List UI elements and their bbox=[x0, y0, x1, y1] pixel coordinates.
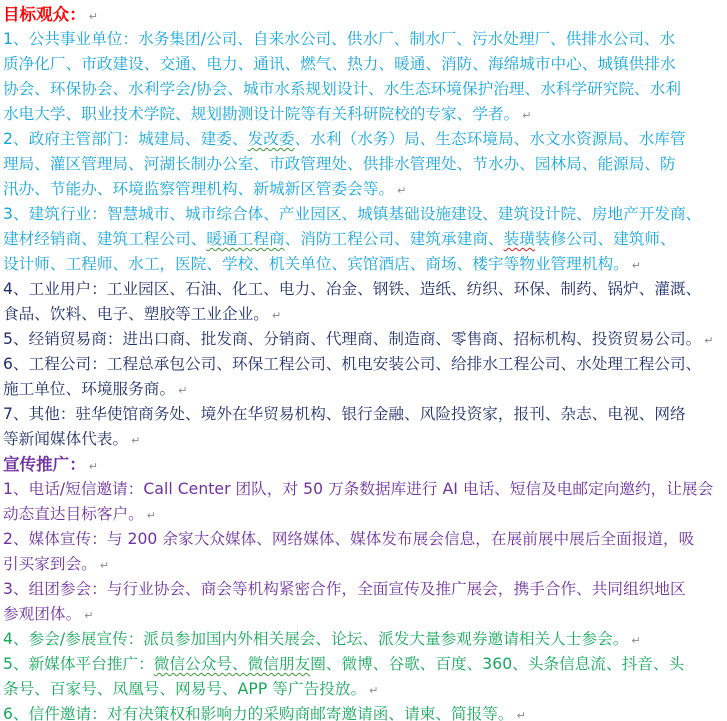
audience-item-1-line-4: 水电大学、职业技术学院、规划勘测设计院等有关科研院校的专家、学者。↵ bbox=[3, 102, 727, 127]
paragraph-mark-icon: ↵ bbox=[100, 559, 109, 572]
promotion-item-3-line-2: 参观团体。↵ bbox=[3, 602, 727, 627]
grammar-flagged-text[interactable]: 微信公众号、微信朋友 bbox=[154, 655, 310, 673]
document-page: 目标观众：↵ 1、公共事业单位：水务集团/公司、自来水公司、供水厂、制水厂、污水… bbox=[3, 2, 727, 721]
paragraph-mark-icon: ↵ bbox=[89, 10, 98, 23]
paragraph-mark-icon: ↵ bbox=[631, 634, 640, 647]
audience-item-1-line-3: 协会、环保协会、水利学会/协会、城市水系规划设计、水生态环境保护治理、水科学研究… bbox=[3, 77, 727, 102]
promotion-item-2-line-2: 引买家到会。↵ bbox=[3, 552, 727, 577]
promotion-item-1-line-1: 1、电话/短信邀请：Call Center 团队，对 50 万条数据库进行 AI… bbox=[3, 477, 727, 502]
paragraph-mark-icon: ↵ bbox=[369, 684, 378, 697]
paragraph-mark-icon: ↵ bbox=[397, 184, 406, 197]
audience-item-4-line-1: 4、工业用户：工业园区、石油、化工、电力、冶金、钢铁、造纸、纺织、环保、制药、锅… bbox=[3, 277, 727, 302]
promotion-item-1-line-2: 动态直达目标客户。↵ bbox=[3, 502, 727, 527]
audience-item-7-line-1: 7、其他：驻华使馆商务处、境外在华贸易机构、银行金融、风险投资家，报刊、杂志、电… bbox=[3, 402, 727, 427]
promotion-item-3-line-1: 3、组团参会：与行业协会、商会等机构紧密合作，全面宣传及推广展会，携手合作、共同… bbox=[3, 577, 727, 602]
promotion-item-2-line-1: 2、媒体宣传：与 200 余家大众媒体、网络媒体、媒体发布展会信息，在展前展中展… bbox=[3, 527, 727, 552]
paragraph-mark-icon: ↵ bbox=[178, 384, 187, 397]
audience-item-6-line-1: 6、工程公司：工程总承包公司、环保工程公司、机电安装公司、给排水工程公司、水处理… bbox=[3, 352, 727, 377]
paragraph-mark-icon: ↵ bbox=[272, 309, 281, 322]
audience-item-6-line-2: 施工单位、环境服务商。↵ bbox=[3, 377, 727, 402]
promotion-item-4-line-1: 4、参会/参展宣传：派员参加国内外相关展会、论坛、派发大量参观券邀请相关人士参会… bbox=[3, 627, 727, 652]
audience-item-5-line-1: 5、经销贸易商：进出口商、批发商、分销商、代理商、制造商、零售商、招标机构、投资… bbox=[3, 327, 727, 352]
audience-item-3-line-2: 建材经销商、建筑工程公司、暖通工程商、消防工程公司、建筑承建商、装璜装修公司、建… bbox=[3, 227, 727, 252]
grammar-flagged-text[interactable]: 暖通工程商 bbox=[206, 230, 284, 248]
paragraph-mark-icon: ↵ bbox=[517, 709, 526, 721]
paragraph-mark-icon: ↵ bbox=[522, 109, 531, 122]
grammar-flagged-text[interactable]: 发改委 bbox=[248, 130, 295, 148]
audience-heading-text: 目标观众： bbox=[3, 5, 86, 24]
audience-item-2-line-1: 2、政府主管部门：城建局、建委、发改委、水利（水务）局、生态环境局、水文水资源局… bbox=[3, 127, 727, 152]
audience-item-3-line-1: 3、建筑行业：智慧城市、城市综合体、产业园区、城镇基础设施建设、建筑设计院、房地… bbox=[3, 202, 727, 227]
promotion-heading-text: 宣传推广： bbox=[3, 455, 86, 474]
paragraph-mark-icon: ↵ bbox=[632, 259, 641, 272]
audience-item-2-line-2: 理局、灌区管理局、河湖长制办公室、市政管理处、供排水管理处、节水办、园林局、能源… bbox=[3, 152, 727, 177]
paragraph-mark-icon: ↵ bbox=[89, 460, 98, 473]
audience-item-4-line-2: 食品、饮料、电子、塑胶等工业企业。↵ bbox=[3, 302, 727, 327]
audience-item-2-line-3: 汛办、节能办、环境监察管理机构、新城新区管委会等。↵ bbox=[3, 177, 727, 202]
paragraph-mark-icon: ↵ bbox=[84, 609, 93, 622]
audience-item-1-line-2: 质净化厂、市政建设、交通、电力、通讯、燃气、热力、暖通、消防、海绵城市中心、城镇… bbox=[3, 52, 727, 77]
promotion-item-5-line-2: 条号、百家号、凤凰号、网易号、APP 等广告投放。↵ bbox=[3, 677, 727, 702]
audience-item-1-line-1: 1、公共事业单位：水务集团/公司、自来水公司、供水厂、制水厂、污水处理厂、供排水… bbox=[3, 27, 727, 52]
paragraph-mark-icon: ↵ bbox=[147, 509, 156, 522]
audience-item-3-line-3: 设计师、工程师、水工，医院、学校、机关单位、宾馆酒店、商场、楼宇等物业管理机构。… bbox=[3, 252, 727, 277]
paragraph-mark-icon: ↵ bbox=[704, 334, 713, 347]
promotion-item-5-line-1: 5、新媒体平台推广：微信公众号、微信朋友圈、微博、谷歌、百度、360、头条信息流… bbox=[3, 652, 727, 677]
paragraph-mark-icon: ↵ bbox=[131, 434, 140, 447]
promotion-heading: 宣传推广：↵ bbox=[3, 452, 727, 477]
promotion-item-6-line-1: 6、信件邀请：对有决策权和影响力的采购商邮寄邀请函、请柬、简报等。↵ bbox=[3, 702, 727, 721]
spelling-flagged-text[interactable]: 装璜 bbox=[504, 230, 535, 248]
audience-item-7-line-2: 等新闻媒体代表。↵ bbox=[3, 427, 727, 452]
audience-heading: 目标观众：↵ bbox=[3, 2, 727, 27]
